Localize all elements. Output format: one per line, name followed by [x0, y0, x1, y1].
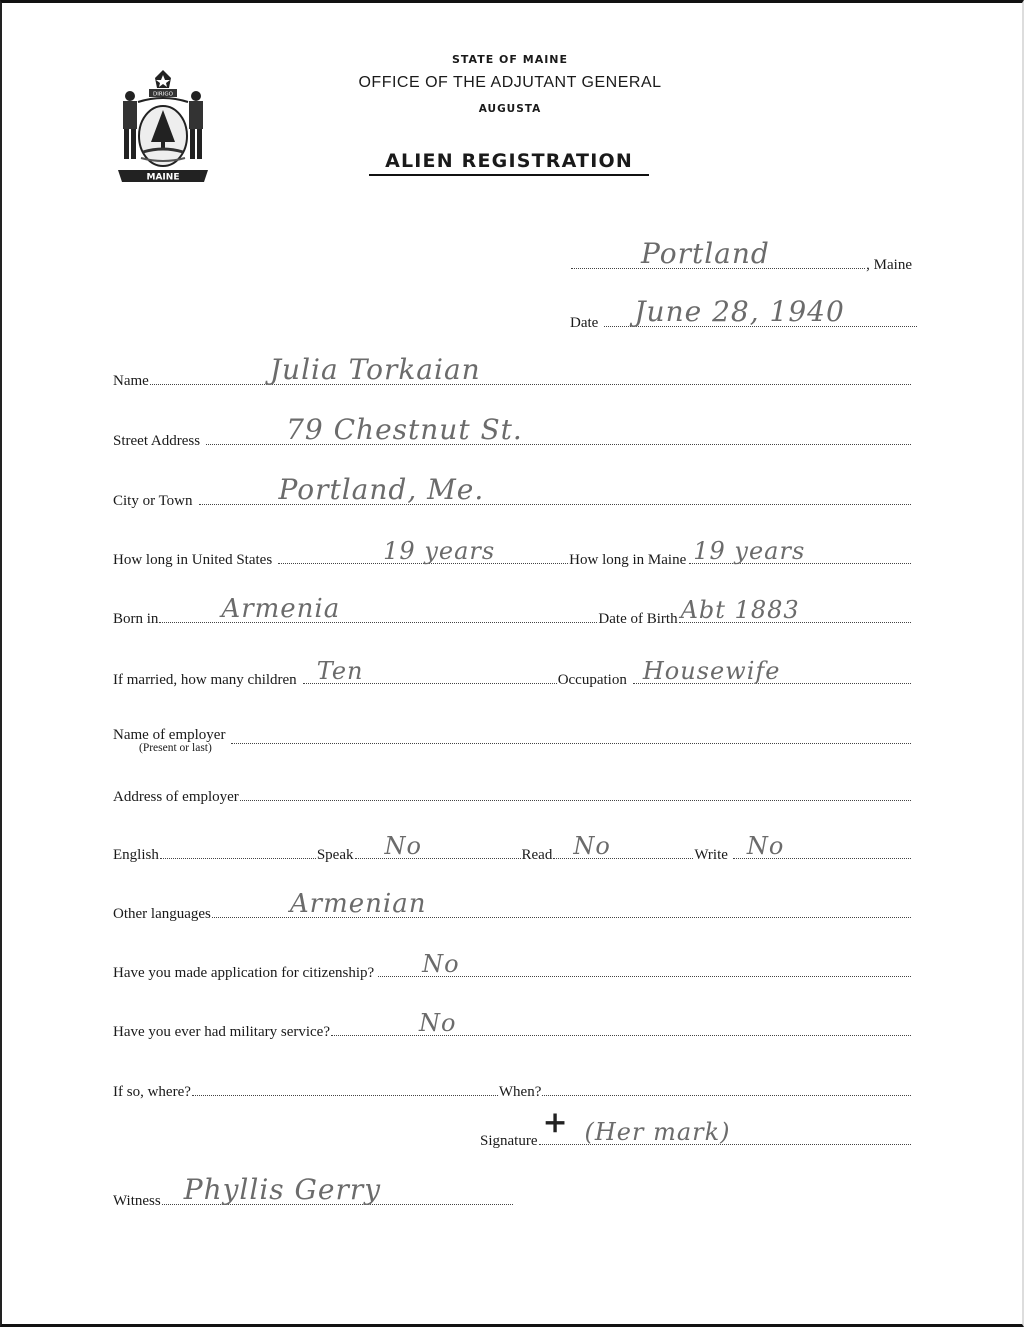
header-city: AUGUSTA — [300, 103, 720, 115]
other-languages-field: Other languages Armenian — [113, 903, 912, 923]
signature-field: Signature + (Her mark) — [480, 1130, 912, 1150]
military-value: No — [419, 1011, 456, 1035]
english-dots — [160, 844, 316, 859]
children-input[interactable]: Ten — [303, 669, 557, 684]
english-row: English Speak No Read No Write No — [113, 844, 912, 864]
street-address-value: 79 Chestnut St. — [286, 416, 523, 444]
english-label: English — [113, 847, 159, 864]
when-label: When? — [499, 1084, 541, 1101]
read-value: No — [573, 834, 610, 858]
date-field: Date June 28, 1940 — [570, 312, 918, 332]
form-title: ALIEN REGISTRATION — [369, 150, 649, 176]
birth-row: Born in Armenia Date of Birth Abt 1883 — [113, 608, 912, 628]
citizenship-field: Have you made application for citizenshi… — [113, 962, 912, 982]
date-of-birth-value: Abt 1883 — [681, 598, 800, 622]
speak-value: No — [385, 834, 422, 858]
how-long-us-label: How long in United States — [113, 552, 272, 569]
occupation-label: Occupation — [558, 672, 627, 689]
svg-text:DIRIGO: DIRIGO — [153, 92, 174, 98]
born-in-input[interactable]: Armenia — [159, 608, 597, 623]
other-languages-value: Armenian — [290, 891, 427, 917]
military-input[interactable]: No — [331, 1021, 911, 1036]
citizenship-value: No — [422, 952, 459, 976]
signature-label: Signature — [480, 1133, 538, 1150]
maine-state-seal-icon: DIRIGO MAINE — [108, 66, 218, 191]
write-input[interactable]: No — [733, 844, 911, 859]
family-occupation-row: If married, how many children Ten Occupa… — [113, 669, 912, 689]
other-languages-label: Other languages — [113, 906, 211, 923]
born-in-label: Born in — [113, 611, 158, 628]
signature-mark-icon: + — [543, 1108, 569, 1138]
city-field: City or Town Portland, Me. — [113, 490, 912, 510]
employer-name-sublabel: (Present or last) — [139, 742, 225, 754]
how-long-maine-label: How long in Maine — [569, 552, 686, 569]
employer-address-label: Address of employer — [113, 789, 239, 806]
born-in-value: Armenia — [221, 596, 340, 622]
date-of-birth-input[interactable]: Abt 1883 — [679, 608, 911, 623]
date-of-birth-label: Date of Birth — [598, 611, 677, 628]
residence-duration-row: How long in United States 19 years How l… — [113, 549, 912, 569]
page-border — [0, 0, 1024, 1327]
place-input[interactable]: Portland — [571, 254, 865, 269]
military-field: Have you ever had military service? No — [113, 1021, 912, 1041]
place-suffix: , Maine — [866, 257, 912, 274]
how-long-maine-value: 19 years — [693, 539, 805, 563]
header-state: STATE OF MAINE — [300, 53, 720, 66]
occupation-value: Housewife — [643, 659, 781, 683]
signature-input[interactable]: + (Her mark) — [539, 1130, 912, 1145]
speak-input[interactable]: No — [355, 844, 521, 859]
signature-value: (Her mark) — [585, 1120, 731, 1144]
date-value: June 28, 1940 — [634, 298, 844, 326]
service-details-row: If so, where? When? — [113, 1081, 912, 1101]
citizenship-label: Have you made application for citizenshi… — [113, 965, 374, 982]
date-input[interactable]: June 28, 1940 — [604, 312, 917, 327]
svg-text:MAINE: MAINE — [147, 173, 180, 183]
header-office: OFFICE OF THE ADJUTANT GENERAL — [300, 74, 720, 92]
name-label: Name — [113, 373, 149, 390]
name-input[interactable]: Julia Torkaian — [150, 370, 911, 385]
children-value: Ten — [317, 659, 364, 683]
other-languages-input[interactable]: Armenian — [212, 903, 911, 918]
military-label: Have you ever had military service? — [113, 1024, 330, 1041]
speak-label: Speak — [317, 847, 354, 864]
where-label: If so, where? — [113, 1084, 191, 1101]
how-long-us-input[interactable]: 19 years — [278, 549, 568, 564]
witness-field: Witness Phyllis Gerry — [113, 1190, 514, 1210]
employer-name-input[interactable] — [231, 729, 911, 744]
witness-value: Phyllis Gerry — [184, 1176, 381, 1204]
date-label: Date — [570, 315, 598, 332]
children-label: If married, how many children — [113, 672, 297, 689]
write-value: No — [747, 834, 784, 858]
street-address-input[interactable]: 79 Chestnut St. — [206, 430, 911, 445]
witness-input[interactable]: Phyllis Gerry — [162, 1190, 513, 1205]
place-field: Portland , Maine — [570, 254, 912, 274]
when-input[interactable] — [542, 1081, 911, 1096]
street-address-field: Street Address 79 Chestnut St. — [113, 430, 912, 450]
employer-name-label: Name of employer — [113, 727, 225, 743]
city-input[interactable]: Portland, Me. — [199, 490, 911, 505]
name-value: Julia Torkaian — [270, 356, 481, 384]
name-field: Name Julia Torkaian — [113, 370, 912, 390]
how-long-us-value: 19 years — [383, 539, 495, 563]
city-label: City or Town — [113, 493, 193, 510]
how-long-maine-input[interactable]: 19 years — [689, 549, 911, 564]
employer-address-input[interactable] — [240, 786, 911, 801]
occupation-input[interactable]: Housewife — [633, 669, 911, 684]
city-value: Portland, Me. — [279, 476, 485, 504]
read-input[interactable]: No — [553, 844, 693, 859]
witness-label: Witness — [113, 1193, 161, 1210]
read-label: Read — [522, 847, 553, 864]
employer-address-field: Address of employer — [113, 786, 912, 806]
citizenship-input[interactable]: No — [378, 962, 911, 977]
where-input[interactable] — [192, 1081, 498, 1096]
employer-name-field: Name of employer (Present or last) — [113, 727, 912, 754]
street-address-label: Street Address — [113, 433, 200, 450]
write-label: Write — [694, 847, 728, 864]
place-value: Portland — [641, 240, 770, 268]
